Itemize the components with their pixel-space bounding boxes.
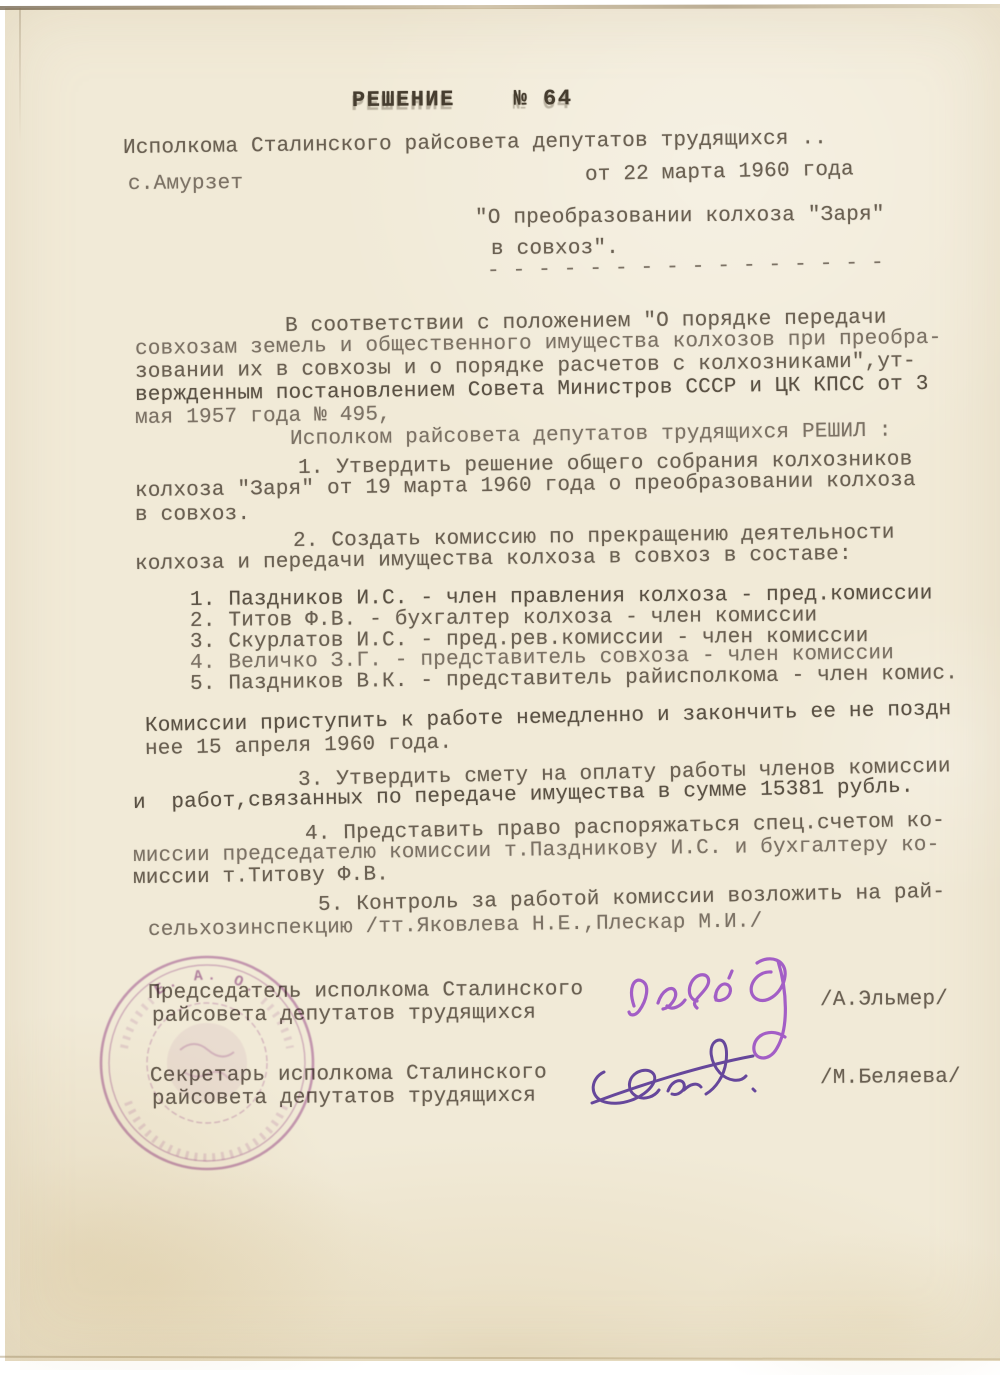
document-title: РЕШЕНИЕ № 64: [352, 88, 573, 112]
president-title-line-2: райсовета депутатов трудящихся: [152, 1003, 536, 1027]
place-line: с.Амурзет: [128, 173, 243, 195]
scanned-document-page: РЕШЕНИЕ № 64 Исполкома Сталинского райсо…: [0, 0, 1000, 1375]
subject-line-1: "О преобразовании колхоза "Заря": [475, 204, 885, 229]
secretary-name: /М.Беляева/: [820, 1067, 961, 1089]
item4-line-3: миссии т.Титову Ф.В.: [133, 864, 389, 889]
date-line: от 22 марта 1960 года: [585, 159, 854, 186]
paper-crease: [19, 8, 21, 143]
secretary-title-line-1: Секретарь исполкома Сталинского: [150, 1063, 547, 1087]
item1-line-3: в совхоз.: [135, 504, 250, 526]
president-title-line-1: Председатель исполкома Сталинского: [148, 979, 583, 1004]
secretary-title-line-2: райсовета депутатов трудящихся: [152, 1086, 536, 1110]
president-name: /А.Эльмер/: [820, 989, 948, 1011]
preamble-line-5: мая 1957 года № 495,: [135, 404, 391, 429]
